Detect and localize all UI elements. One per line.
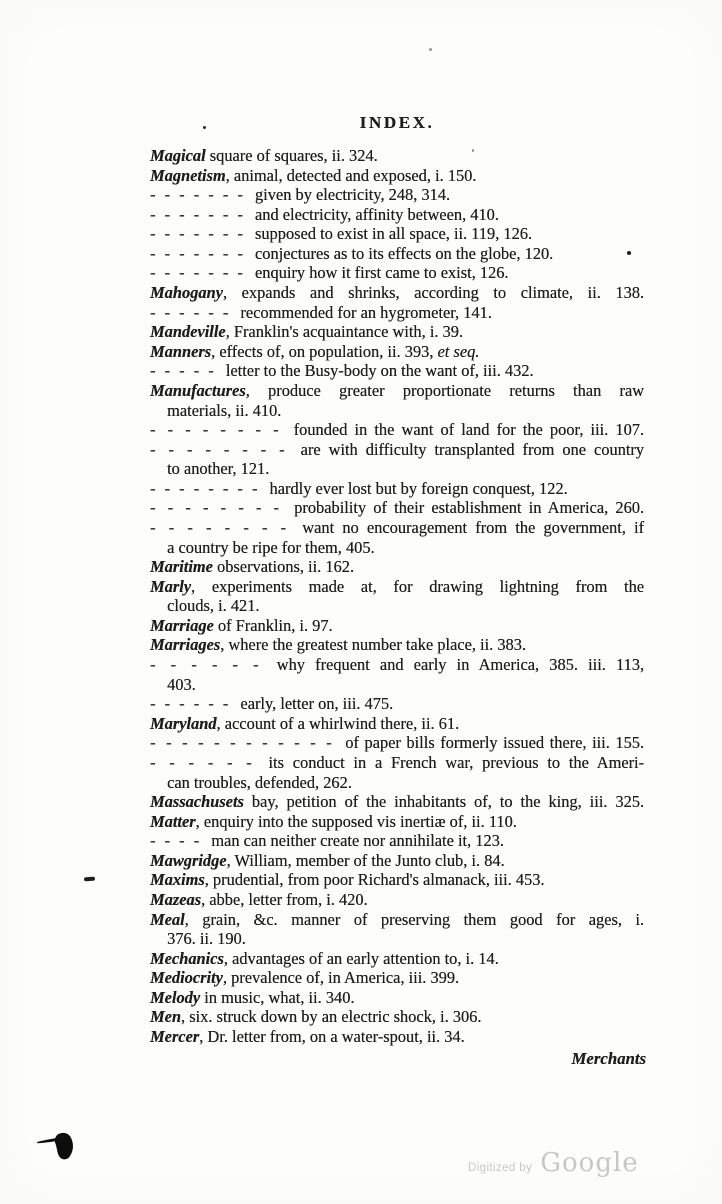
index-line: Matter, enquiry into the supposed vis in… [150, 812, 644, 832]
index-line: Mawgridge, William, member of the Junto … [150, 851, 644, 871]
entry-text: letter to the Busy-body on the want of, … [226, 361, 534, 380]
index-line: Massachusets bay, petition of the inhabi… [150, 792, 644, 812]
dash-leader: - - - - - - [150, 753, 268, 772]
index-line: Mercer, Dr. letter from, on a water-spou… [150, 1027, 644, 1047]
headword: Mechanics [150, 949, 224, 968]
index-line: - - - - - - its conduct in a French war,… [150, 753, 644, 773]
index-line: - - - - - - - - probability of their est… [150, 498, 644, 518]
entry-text: its conduct in a French war, previous to… [268, 753, 644, 772]
index-line: - - - - - - - given by electricity, 248,… [150, 185, 644, 205]
entry-text: 376. ii. 190. [167, 929, 246, 948]
headword: Matter [150, 812, 196, 831]
index-line: Melody in music, what, ii. 340. [150, 988, 644, 1008]
index-line: 376. ii. 190. [150, 929, 644, 949]
entry-text: , effects of, on population, ii. 393, [211, 342, 437, 361]
dash-leader: - - - - - - - - [150, 479, 269, 498]
headword: Massachusets [150, 792, 244, 811]
ink-speck [203, 126, 206, 129]
index-line: Manufactures, produce greater proportion… [150, 381, 644, 401]
index-line: a country be ripe for them, 405. [150, 538, 644, 558]
entry-text: enquiry how it first came to exist, 126. [255, 263, 509, 282]
index-line: can troubles, defended, 262. [150, 773, 644, 793]
latin-phrase: et seq. [437, 342, 479, 361]
entry-text: can troubles, defended, 262. [167, 773, 352, 792]
dash-leader: - - - - - [150, 361, 226, 380]
index-line: - - - - - - early, letter on, iii. 475. [150, 694, 644, 714]
entry-text: to another, 121. [167, 459, 269, 478]
dash-leader: - - - - - - [150, 694, 240, 713]
ink-speck [627, 251, 631, 255]
entry-text: 403. [167, 675, 196, 694]
margin-dash-mark [84, 877, 95, 881]
catchword: Merchants [150, 1049, 646, 1069]
entry-text: observations, ii. 162. [213, 557, 354, 576]
dash-leader: - - - - - - - - [150, 420, 294, 439]
headword: Marriages [150, 635, 220, 654]
headword: Magnetism [150, 166, 226, 185]
entry-text: why frequent and early in America, 385. … [277, 655, 644, 674]
entry-text: of Franklin, i. 97. [214, 616, 333, 635]
index-line: - - - - - - - - founded in the want of l… [150, 420, 644, 440]
headword: Mahogany [150, 283, 223, 302]
entry-text: , expands and shrinks, according to clim… [223, 283, 644, 302]
entry-text: , animal, detected and exposed, i. 150. [226, 166, 477, 185]
headword: Marly [150, 577, 191, 596]
index-line: - - - - man can neither create nor annih… [150, 831, 644, 851]
index-line: Marriages, where the greatest number tak… [150, 635, 644, 655]
entry-text: probability of their establishment in Am… [294, 498, 644, 517]
headword: Meal [150, 910, 185, 929]
dash-leader: - - - - - - - [150, 263, 255, 282]
google-logo: Google [540, 1148, 638, 1178]
headword: Maxims [150, 870, 205, 889]
entry-text: hardly ever lost but by foreign conquest… [269, 479, 567, 498]
index-line: - - - - - - recommended for an hygromete… [150, 303, 644, 323]
headword: Maritime [150, 557, 213, 576]
dash-leader: - - - - - - - [150, 205, 255, 224]
entry-text: , Dr. letter from, on a water-spout, ii.… [199, 1027, 465, 1046]
entry-text: founded in the want of land for the poor… [294, 420, 644, 439]
index-line: 403. [150, 675, 644, 695]
google-watermark: Digitized by Google [468, 1148, 639, 1178]
headword: Mazeas [150, 890, 201, 909]
headword: Mandeville [150, 322, 226, 341]
index-line: Magical square of squares, ii. 324. [150, 146, 644, 166]
entry-text: , Franklin's acquaintance with, i. 39. [226, 322, 463, 341]
index-line: Meal, grain, &c. manner of preserving th… [150, 910, 644, 930]
index-line: Mazeas, abbe, letter from, i. 420. [150, 890, 644, 910]
index-line: Marly, experiments made at, for drawing … [150, 577, 644, 597]
entry-text: a country be ripe for them, 405. [167, 538, 375, 557]
index-line: - - - - - - - and electricity, affinity … [150, 205, 644, 225]
entry-text: conjectures as to its effects on the glo… [255, 244, 553, 263]
entry-text: materials, ii. 410. [167, 401, 281, 420]
entry-text: want no encouragement from the governmen… [302, 518, 644, 537]
index-line: Magnetism, animal, detected and exposed,… [150, 166, 644, 186]
entry-text: , produce greater proportionate returns … [246, 381, 644, 400]
entry-text: , prudential, from poor Richard's almana… [205, 870, 545, 889]
index-line: Mechanics, advantages of an early attent… [150, 949, 644, 969]
entry-text: , account of a whirlwind there, ii. 61. [216, 714, 459, 733]
ink-blot [36, 1132, 84, 1167]
page-title: INDEX. [150, 113, 644, 133]
entry-text: bay, petition of the inhabitants of, to … [244, 792, 644, 811]
dash-leader: - - - - - - - - - - - - [150, 733, 345, 752]
dash-leader: - - - - - - - [150, 185, 255, 204]
headword: Magical [150, 146, 206, 165]
index-line: Maryland, account of a whirlwind there, … [150, 714, 644, 734]
dash-leader: - - - - - - - - [150, 498, 294, 517]
index-line: - - - - - letter to the Busy-body on the… [150, 361, 644, 381]
ink-speck [472, 149, 474, 152]
headword: Mawgridge [150, 851, 227, 870]
entry-text: , William, member of the Junto club, i. … [227, 851, 505, 870]
entry-text: , six. struck down by an electric shock,… [181, 1007, 481, 1026]
index-line: - - - - - - - supposed to exist in all s… [150, 224, 644, 244]
entry-text: , enquiry into the supposed vis inertiæ … [196, 812, 517, 831]
headword: Mediocrity [150, 968, 223, 987]
scanned-book-page: INDEX. Magical square of squares, ii. 32… [0, 0, 722, 1204]
dash-leader: - - - - - - - - [150, 518, 302, 537]
entry-text: and electricity, affinity between, 410. [255, 205, 499, 224]
index-line: clouds, i. 421. [150, 596, 644, 616]
headword: Manufactures [150, 381, 246, 400]
dash-leader: - - - - [150, 831, 211, 850]
entry-text: supposed to exist in all space, ii. 119,… [255, 224, 532, 243]
index-line: Marriage of Franklin, i. 97. [150, 616, 644, 636]
ink-blot-shape [36, 1132, 84, 1162]
entry-text: man can neither create nor annihilate it… [211, 831, 504, 850]
index-line: Maritime observations, ii. 162. [150, 557, 644, 577]
watermark-prefix: Digitized by [468, 1162, 532, 1174]
entry-text: in music, what, ii. 340. [200, 988, 354, 1007]
headword: Mercer [150, 1027, 199, 1046]
entry-text: square of squares, ii. 324. [206, 146, 378, 165]
index-line: - - - - - - - - hardly ever lost but by … [150, 479, 644, 499]
entry-text: , advantages of an early attention to, i… [224, 949, 499, 968]
index-line: - - - - - - - enquiry how it first came … [150, 263, 644, 283]
headword: Maryland [150, 714, 216, 733]
index-line: Mediocrity, prevalence of, in America, i… [150, 968, 644, 988]
entry-text: , grain, &c. manner of preserving them g… [185, 910, 644, 929]
entry-text: , prevalence of, in America, iii. 399. [223, 968, 459, 987]
headword: Marriage [150, 616, 214, 635]
index-list: Magical square of squares, ii. 324.Magne… [150, 146, 644, 1047]
entry-text: clouds, i. 421. [167, 596, 259, 615]
entry-text: early, letter on, iii. 475. [240, 694, 393, 713]
index-line: Men, six. struck down by an electric sho… [150, 1007, 644, 1027]
entry-text: , abbe, letter from, i. 420. [201, 890, 368, 909]
index-line: Maxims, prudential, from poor Richard's … [150, 870, 644, 890]
dash-leader: - - - - - - [150, 303, 240, 322]
index-line: - - - - - - why frequent and early in Am… [150, 655, 644, 675]
entry-text: recommended for an hygrometer, 141. [240, 303, 492, 322]
ink-speck [429, 48, 432, 51]
index-line: - - - - - - - conjectures as to its effe… [150, 244, 644, 264]
entry-text: given by electricity, 248, 314. [255, 185, 450, 204]
index-line: Mahogany, expands and shrinks, according… [150, 283, 644, 303]
entry-text: , where the greatest number take place, … [220, 635, 526, 654]
index-line: Manners, effects of, on population, ii. … [150, 342, 644, 362]
entry-text: are with difficulty transplanted from on… [301, 440, 644, 459]
headword: Men [150, 1007, 181, 1026]
entry-text: of paper bills formerly issued there, ii… [345, 733, 644, 752]
headword: Melody [150, 988, 200, 1007]
headword: Manners [150, 342, 211, 361]
index-line: to another, 121. [150, 459, 644, 479]
dash-leader: - - - - - - - [150, 224, 255, 243]
dash-leader: - - - - - - - [150, 244, 255, 263]
dash-leader: - - - - - - [150, 655, 277, 674]
index-line: - - - - - - - - - - - - of paper bills f… [150, 733, 644, 753]
index-line: - - - - - - - - want no encouragement fr… [150, 518, 644, 538]
index-line: materials, ii. 410. [150, 401, 644, 421]
entry-text: , experiments made at, for drawing light… [191, 577, 644, 596]
dash-leader: - - - - - - - - [150, 440, 301, 459]
index-line: - - - - - - - - are with difficulty tran… [150, 440, 644, 460]
index-line: Mandeville, Franklin's acquaintance with… [150, 322, 644, 342]
